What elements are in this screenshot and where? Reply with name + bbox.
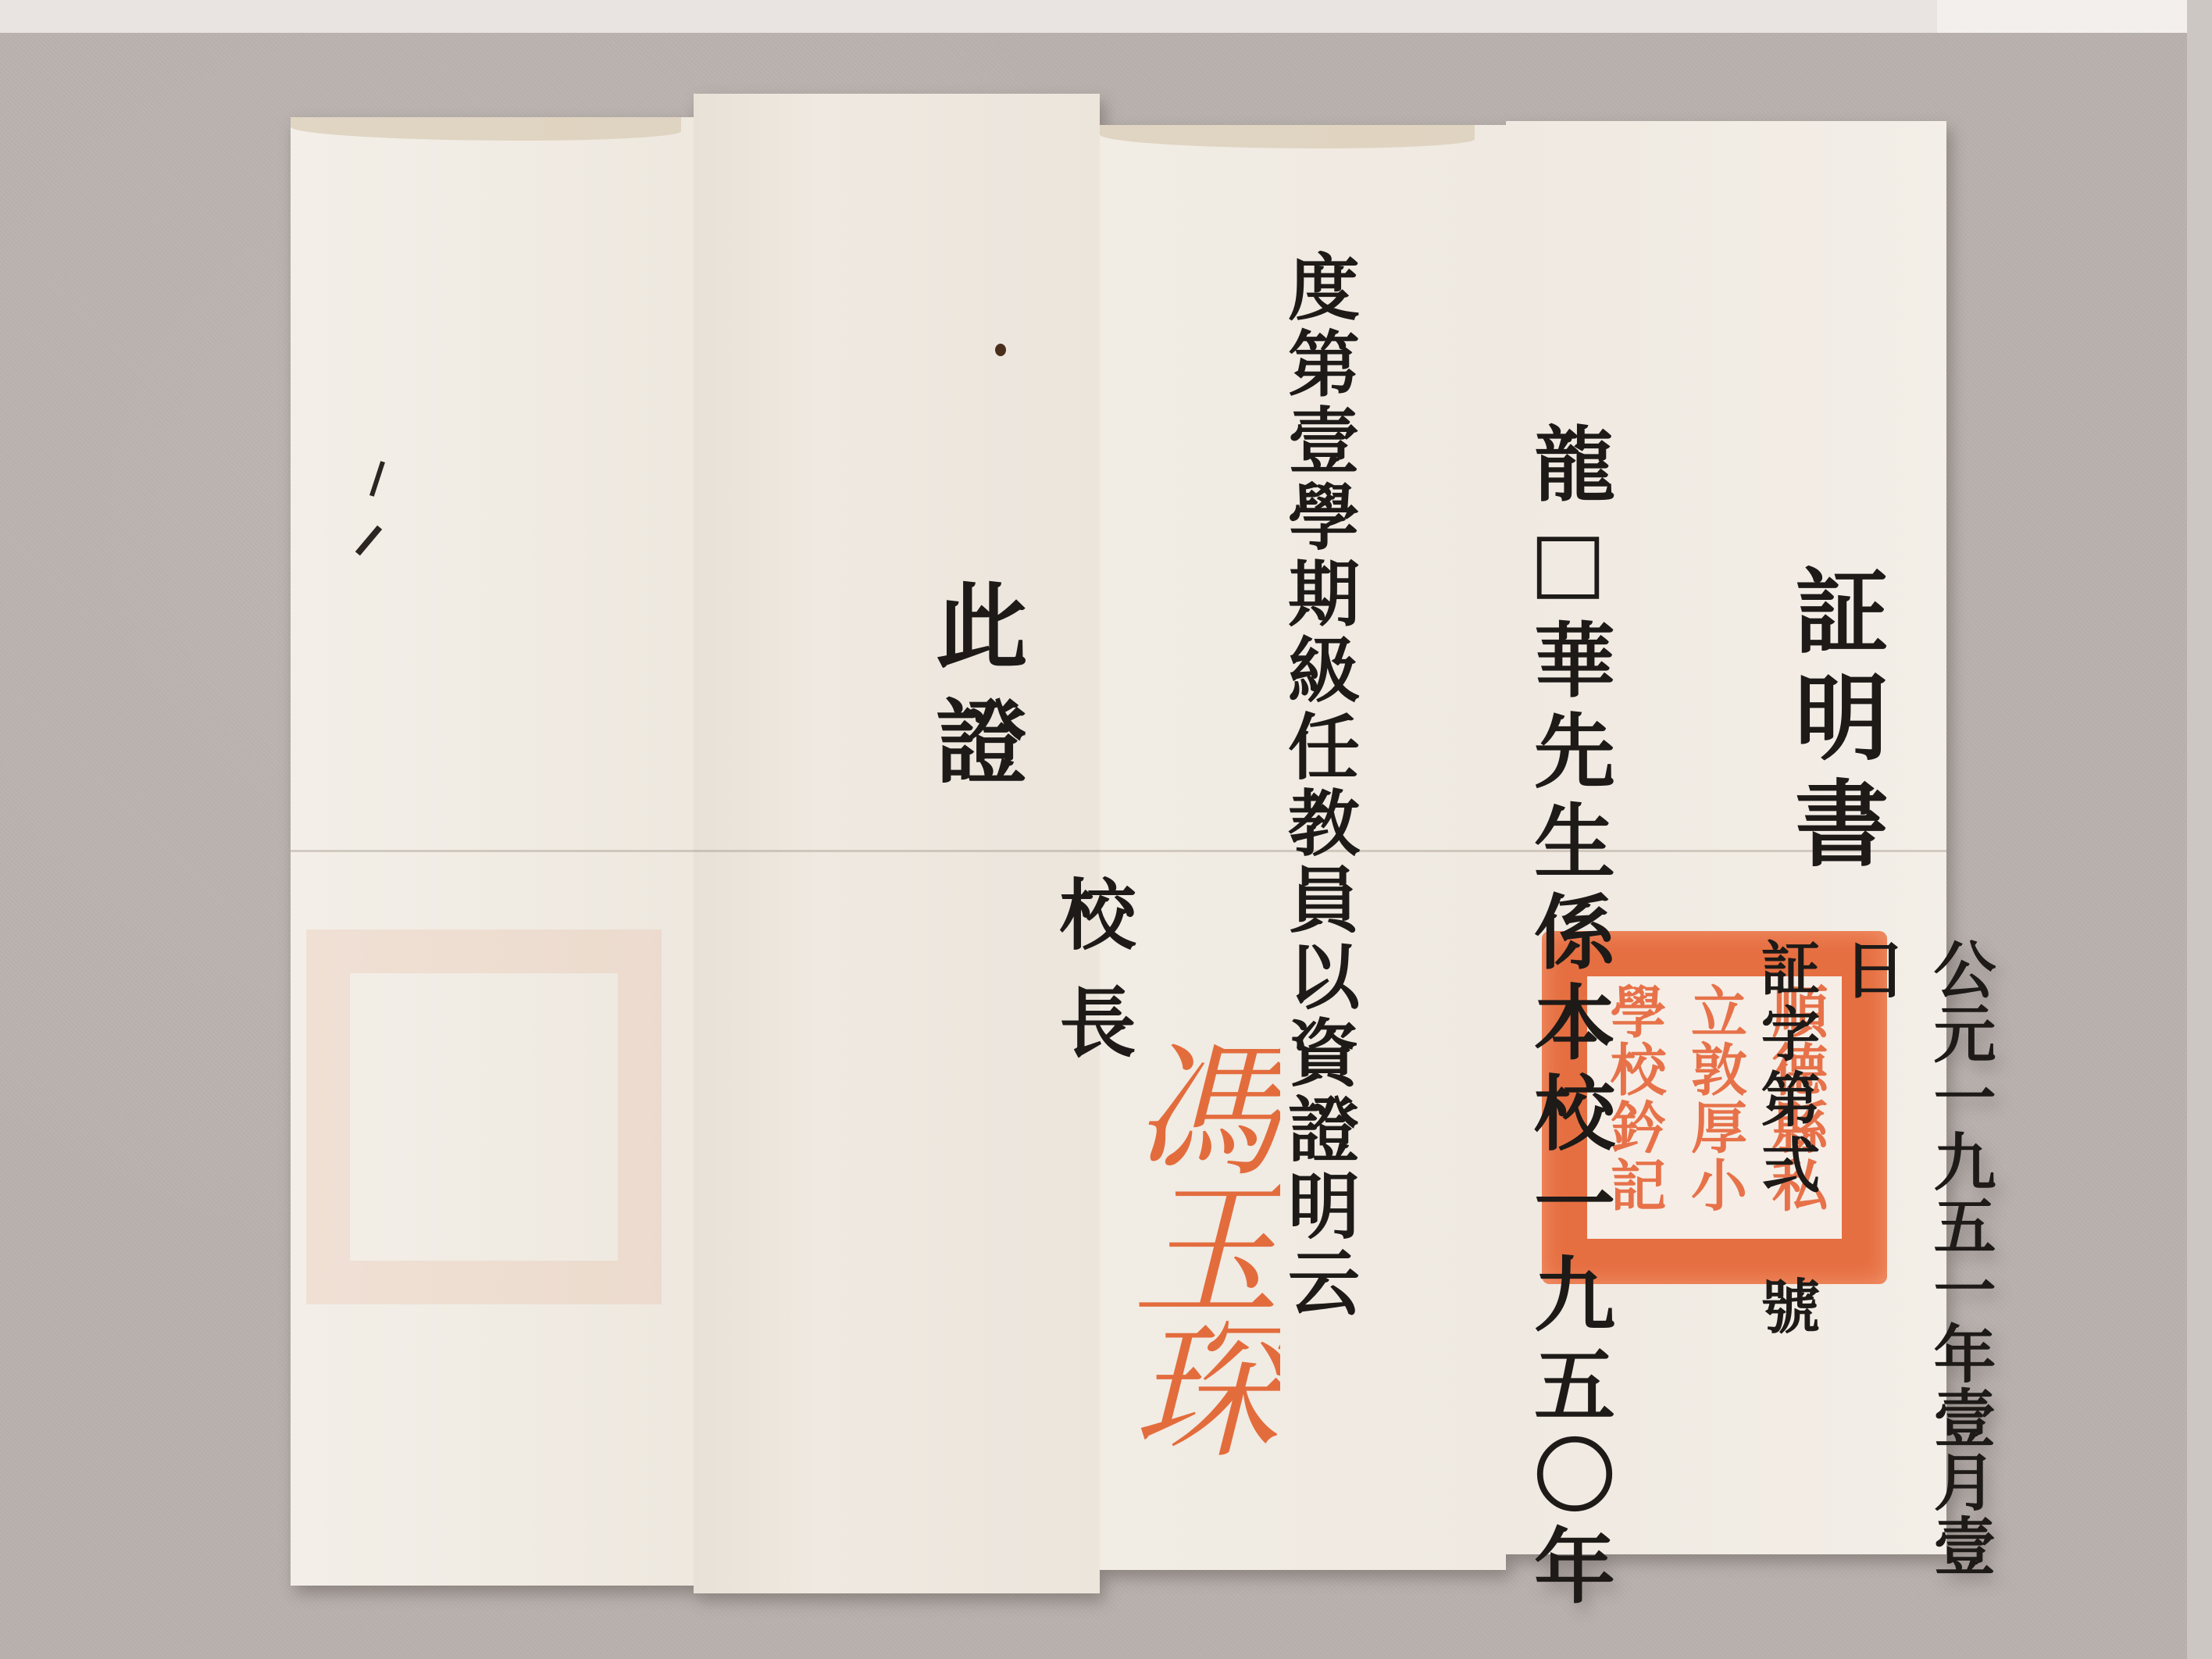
principal-signature-stamp: 馮玉琛 bbox=[1087, 1031, 1300, 1453]
document-title: 証明書 bbox=[1767, 562, 1901, 881]
wall-right-edge bbox=[2187, 0, 2212, 1659]
wall-corner bbox=[1937, 0, 2212, 33]
faded-seal-offset bbox=[306, 929, 662, 1304]
issue-date: 公元一九五一年壹月壹日 bbox=[1825, 937, 2005, 1625]
body-line-1: 龍□華先生係本校一九五〇年 bbox=[1509, 422, 1626, 1614]
horizontal-fold-line bbox=[291, 850, 1946, 852]
wall-top-strip bbox=[0, 0, 2212, 33]
ink-blot bbox=[995, 344, 1006, 356]
closing-phrase: 此證 bbox=[908, 578, 1040, 809]
fold-panel-2 bbox=[694, 94, 1100, 1593]
reference-number: 証字第弍 號 bbox=[1743, 937, 1828, 1341]
seal-text-col-2: 立敦厚小 bbox=[1686, 983, 1743, 1233]
certificate-sheet: 順德縣私 立敦厚小 學校鈐記 証明書 公元一九五一年壹月壹日 証字第弍 號 龍□… bbox=[291, 94, 1946, 1625]
